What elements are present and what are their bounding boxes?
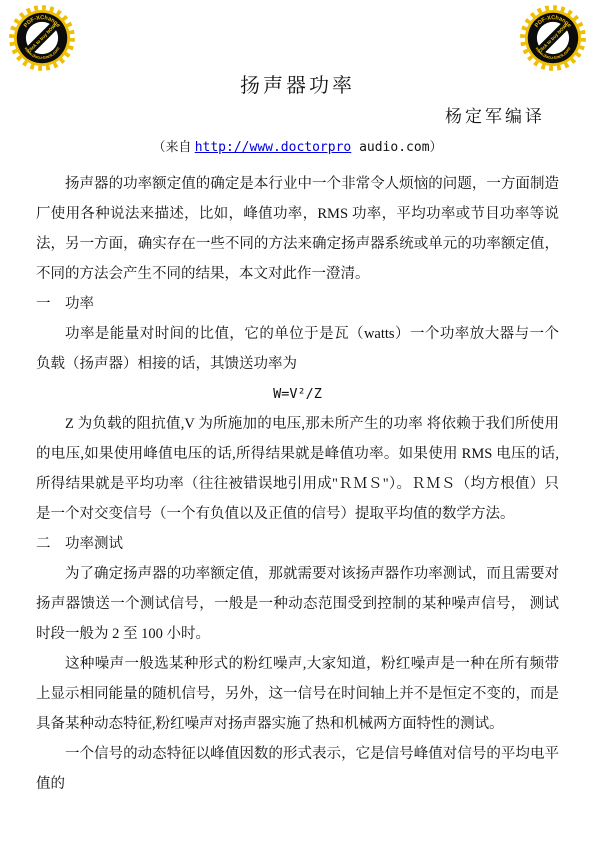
- source-close-paren: ）: [430, 139, 443, 154]
- paragraph-pink-noise: 这种噪声一般选某种形式的粉红噪声,大家知道，粉红噪声是一种在所有频带上显示相同能…: [36, 649, 559, 739]
- pdf-xchange-stamp-right[interactable]: PDF-XChange www.docu-track.com Click to …: [518, 3, 588, 73]
- author-line: 杨定军编译: [0, 102, 545, 132]
- paragraph-power-test: 为了确定扬声器的功率额定值，那就需要对该扬声器作功率测试，而且需要对扬声器馈送一…: [36, 559, 559, 649]
- paragraph-impedance-rms: Z 为负载的阻抗值,V 为所施加的电压,那未所产生的功率 将依赖于我们所使用的电…: [36, 409, 559, 529]
- source-line: （来自 http://www.doctorpro audio.com）: [0, 134, 595, 161]
- pdf-xchange-stamp-left[interactable]: PDF-XChange www.docu-track.com Click to …: [7, 3, 77, 73]
- paragraph-power-definition: 功率是能量对时间的比值，它的单位于是瓦（watts）一个功率放大器与一个负载（扬…: [36, 319, 559, 379]
- paragraph-crest-factor: 一个信号的动态特征以峰值因数的形式表示，它是信号峰值对信号的平均电平值的: [36, 739, 559, 799]
- formula-power-equation: W=V²/Z: [36, 379, 559, 409]
- document-title: 扬声器功率: [0, 71, 595, 101]
- source-suffix: audio.com: [351, 140, 429, 155]
- document-page: { "page": { "width": 595, "height": 842,…: [0, 0, 595, 842]
- document-body: 扬声器的功率额定值的确定是本行业中一个非常令人烦恼的问题，一方面制造厂使用各种说…: [36, 169, 559, 799]
- section-heading-power: 一 功率: [36, 289, 559, 319]
- paragraph-intro: 扬声器的功率额定值的确定是本行业中一个非常令人烦恼的问题，一方面制造厂使用各种说…: [36, 169, 559, 289]
- section-heading-power-test: 二 功率测试: [36, 529, 559, 559]
- source-prefix: （来自: [152, 139, 194, 154]
- source-link[interactable]: http://www.doctorpro: [195, 140, 352, 155]
